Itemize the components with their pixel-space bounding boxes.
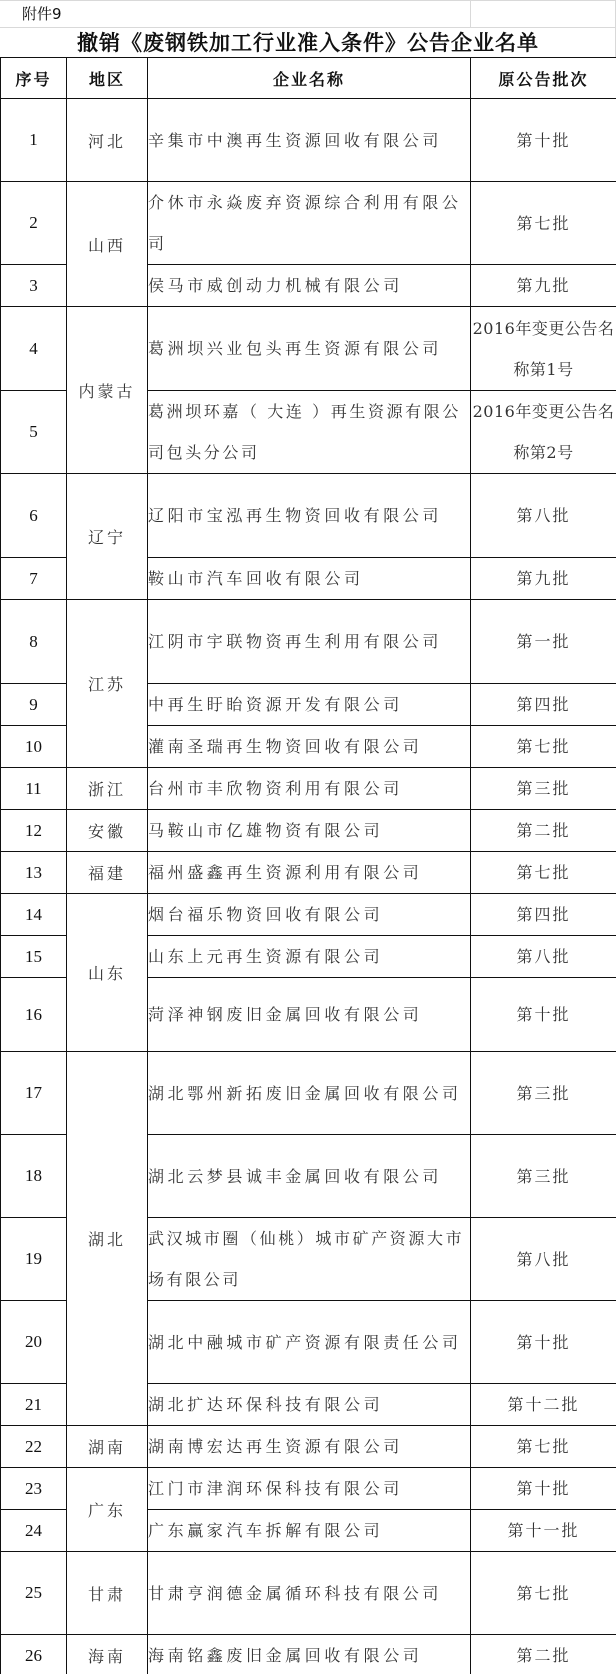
row-index: 15 — [1, 936, 67, 978]
row-batch: 第十批 — [471, 1301, 616, 1384]
row-index: 26 — [1, 1635, 67, 1674]
row-batch: 第十批 — [471, 1468, 616, 1510]
row-region: 广东 — [67, 1468, 148, 1552]
row-batch: 第三批 — [471, 1052, 616, 1135]
row-region: 湖南 — [67, 1426, 148, 1468]
row-index: 4 — [1, 307, 67, 391]
row-index: 19 — [1, 1218, 67, 1301]
row-batch: 第七批 — [471, 182, 616, 265]
row-region: 山东 — [67, 894, 148, 1052]
row-batch: 第十批 — [471, 978, 616, 1052]
row-index: 11 — [1, 768, 67, 810]
row-index: 9 — [1, 684, 67, 726]
sheet-gridline — [0, 0, 616, 1]
row-index: 25 — [1, 1552, 67, 1635]
row-batch: 第七批 — [471, 1552, 616, 1635]
table-row: 8 江苏 江阴市宇联物资再生利用有限公司 第一批 — [1, 600, 616, 684]
row-region: 河北 — [67, 99, 148, 182]
table-row: 22 湖南 湖南博宏达再生资源有限公司 第七批 — [1, 1426, 616, 1468]
row-index: 14 — [1, 894, 67, 936]
row-company: 台州市丰欣物资利用有限公司 — [148, 768, 471, 810]
table-row: 25 甘肃 甘肃亨润德金属循环科技有限公司 第七批 — [1, 1552, 616, 1635]
row-batch: 第九批 — [471, 558, 616, 600]
row-batch: 第三批 — [471, 768, 616, 810]
row-company: 菏泽神钢废旧金属回收有限公司 — [148, 978, 471, 1052]
row-index: 23 — [1, 1468, 67, 1510]
row-batch: 第八批 — [471, 474, 616, 558]
row-index: 3 — [1, 265, 67, 307]
row-company: 福州盛鑫再生资源利用有限公司 — [148, 852, 471, 894]
row-company: 马鞍山市亿雄物资有限公司 — [148, 810, 471, 852]
row-company: 鞍山市汽车回收有限公司 — [148, 558, 471, 600]
row-batch: 第十一批 — [471, 1510, 616, 1552]
row-index: 12 — [1, 810, 67, 852]
row-company: 湖北中融城市矿产资源有限责任公司 — [148, 1301, 471, 1384]
table-row: 17 湖北 湖北鄂州新拓废旧金属回收有限公司 第三批 — [1, 1052, 616, 1135]
row-region: 海南 — [67, 1635, 148, 1674]
table-row: 12 安徽 马鞍山市亿雄物资有限公司 第二批 — [1, 810, 616, 852]
row-region: 甘肃 — [67, 1552, 148, 1635]
row-index: 24 — [1, 1510, 67, 1552]
row-company: 广东赢家汽车拆解有限公司 — [148, 1510, 471, 1552]
row-region: 安徽 — [67, 810, 148, 852]
row-batch: 第二批 — [471, 810, 616, 852]
row-index: 16 — [1, 978, 67, 1052]
row-company: 介休市永焱废弃资源综合利用有限公司 — [148, 182, 471, 265]
sheet-gridline — [470, 0, 471, 27]
row-company: 辽阳市宝泓再生物资回收有限公司 — [148, 474, 471, 558]
row-batch: 2016年变更公告名称第2号 — [471, 391, 616, 474]
table-row: 6 辽宁 辽阳市宝泓再生物资回收有限公司 第八批 — [1, 474, 616, 558]
row-batch: 第十批 — [471, 99, 616, 182]
row-company: 湖北扩达环保科技有限公司 — [148, 1384, 471, 1426]
row-company: 江门市津润环保科技有限公司 — [148, 1468, 471, 1510]
document-title: 撤销《废钢铁加工行业准入条件》公告企业名单 — [0, 28, 616, 57]
row-batch: 第七批 — [471, 726, 616, 768]
row-batch: 第四批 — [471, 894, 616, 936]
header-region: 地区 — [67, 58, 148, 99]
row-batch: 第七批 — [471, 1426, 616, 1468]
row-index: 20 — [1, 1301, 67, 1384]
row-index: 21 — [1, 1384, 67, 1426]
row-region: 内蒙古 — [67, 307, 148, 474]
row-company: 辛集市中澳再生资源回收有限公司 — [148, 99, 471, 182]
row-company: 武汉城市圈（仙桃）城市矿产资源大市场有限公司 — [148, 1218, 471, 1301]
table-row: 4 内蒙古 葛洲坝兴业包头再生资源有限公司 2016年变更公告名称第1号 — [1, 307, 616, 391]
row-index: 17 — [1, 1052, 67, 1135]
row-index: 13 — [1, 852, 67, 894]
table-row: 23 广东 江门市津润环保科技有限公司 第十批 — [1, 1468, 616, 1510]
row-region: 山西 — [67, 182, 148, 307]
table-row: 2 山西 介休市永焱废弃资源综合利用有限公司 第七批 — [1, 182, 616, 265]
attachment-label: 附件9 — [22, 2, 62, 26]
table-row: 26 海南 海南铭鑫废旧金属回收有限公司 第二批 — [1, 1635, 616, 1674]
company-table: 序号 地区 企业名称 原公告批次 1 河北 辛集市中澳再生资源回收有限公司 第十… — [0, 57, 616, 1674]
row-company: 葛洲坝环嘉（ 大连 ）再生资源有限公司包头分公司 — [148, 391, 471, 474]
row-company: 甘肃亨润德金属循环科技有限公司 — [148, 1552, 471, 1635]
row-company: 江阴市宇联物资再生利用有限公司 — [148, 600, 471, 684]
row-company: 海南铭鑫废旧金属回收有限公司 — [148, 1635, 471, 1674]
row-index: 5 — [1, 391, 67, 474]
row-batch: 第十二批 — [471, 1384, 616, 1426]
row-company: 侯马市威创动力机械有限公司 — [148, 265, 471, 307]
row-batch: 第四批 — [471, 684, 616, 726]
row-index: 6 — [1, 474, 67, 558]
table-row: 11 浙江 台州市丰欣物资利用有限公司 第三批 — [1, 768, 616, 810]
row-index: 18 — [1, 1135, 67, 1218]
row-index: 1 — [1, 99, 67, 182]
row-index: 8 — [1, 600, 67, 684]
row-batch: 第一批 — [471, 600, 616, 684]
row-company: 湖南博宏达再生资源有限公司 — [148, 1426, 471, 1468]
row-batch: 第三批 — [471, 1135, 616, 1218]
row-index: 10 — [1, 726, 67, 768]
row-index: 22 — [1, 1426, 67, 1468]
row-company: 葛洲坝兴业包头再生资源有限公司 — [148, 307, 471, 391]
row-region: 福建 — [67, 852, 148, 894]
row-index: 2 — [1, 182, 67, 265]
row-region: 辽宁 — [67, 474, 148, 600]
row-company: 湖北云梦县诚丰金属回收有限公司 — [148, 1135, 471, 1218]
header-company: 企业名称 — [148, 58, 471, 99]
row-company: 山东上元再生资源有限公司 — [148, 936, 471, 978]
table-row: 14 山东 烟台福乐物资回收有限公司 第四批 — [1, 894, 616, 936]
row-company: 烟台福乐物资回收有限公司 — [148, 894, 471, 936]
header-batch: 原公告批次 — [471, 58, 616, 99]
row-region: 江苏 — [67, 600, 148, 768]
row-region: 湖北 — [67, 1052, 148, 1426]
row-batch: 第八批 — [471, 1218, 616, 1301]
row-batch: 第二批 — [471, 1635, 616, 1674]
document-sheet: 附件9 撤销《废钢铁加工行业准入条件》公告企业名单 序号 地区 企业名称 原公告… — [0, 0, 616, 1674]
row-company: 灌南圣瑞再生物资回收有限公司 — [148, 726, 471, 768]
table-row: 13 福建 福州盛鑫再生资源利用有限公司 第七批 — [1, 852, 616, 894]
row-region: 浙江 — [67, 768, 148, 810]
header-index: 序号 — [1, 58, 67, 99]
table-header-row: 序号 地区 企业名称 原公告批次 — [1, 58, 616, 99]
row-batch: 第九批 — [471, 265, 616, 307]
row-batch: 第七批 — [471, 852, 616, 894]
row-batch: 第八批 — [471, 936, 616, 978]
row-company: 湖北鄂州新拓废旧金属回收有限公司 — [148, 1052, 471, 1135]
table-row: 1 河北 辛集市中澳再生资源回收有限公司 第十批 — [1, 99, 616, 182]
row-index: 7 — [1, 558, 67, 600]
row-company: 中再生盱眙资源开发有限公司 — [148, 684, 471, 726]
row-batch: 2016年变更公告名称第1号 — [471, 307, 616, 391]
